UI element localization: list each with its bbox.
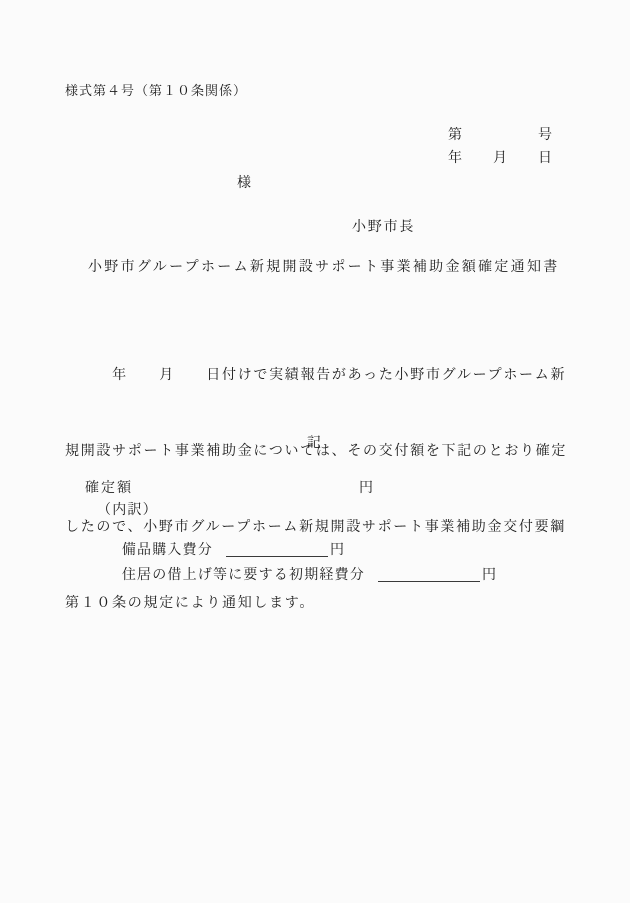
- breakdown-item-unit: 円: [482, 568, 497, 583]
- body-line: 年 月 日付けで実績報告があった小野市グループホーム新: [65, 363, 575, 388]
- record-marker: 記: [0, 437, 630, 451]
- date-day-label: 日: [538, 152, 552, 166]
- document-page: 様式第４号（第１０条関係） 第 号 年 月 日 様 小野市長 小野市グループホー…: [0, 0, 630, 903]
- document-title: 小野市グループホーム新規開設サポート事業補助金額確定通知書: [88, 261, 560, 275]
- breakdown-label: （内訳）: [97, 504, 158, 518]
- sender-title: 小野市長: [352, 221, 415, 235]
- doc-number-prefix: 第: [448, 129, 462, 143]
- breakdown-item-label: 住居の借上げ等に要する初期経費分: [122, 568, 365, 583]
- date-month-label: 月: [493, 152, 507, 166]
- amount-blank-line: [378, 569, 480, 582]
- date-year-label: 年: [448, 152, 462, 166]
- date-line: 年 月 日: [448, 152, 552, 166]
- amount-row: 確定額 円: [85, 482, 375, 496]
- breakdown-item: 住居の借上げ等に要する初期経費分円: [103, 555, 497, 597]
- amount-label: 確定額: [85, 482, 133, 496]
- doc-number-suffix: 号: [538, 129, 552, 143]
- doc-number-line: 第 号: [448, 129, 552, 143]
- recipient-honorific: 様: [237, 177, 253, 191]
- amount-unit: 円: [359, 482, 375, 496]
- form-number: 様式第４号（第１０条関係）: [65, 84, 247, 97]
